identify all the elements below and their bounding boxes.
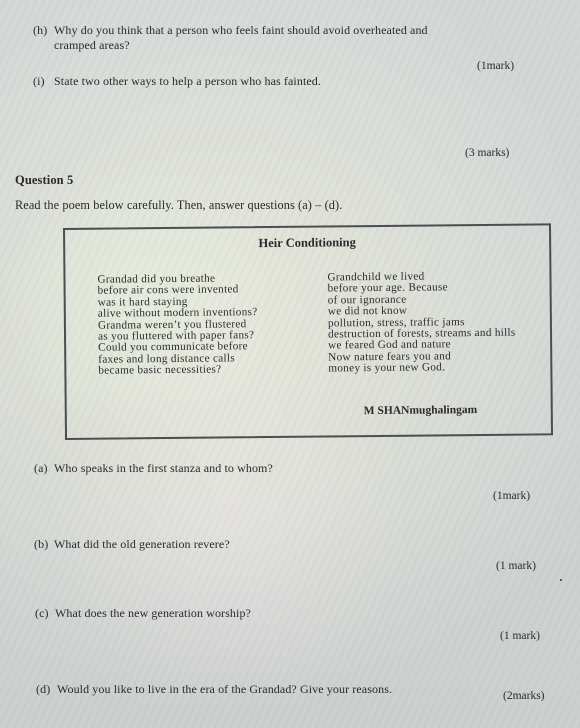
- poem-line: became basic necessities?: [98, 364, 258, 377]
- question-i-label: (i): [33, 74, 45, 89]
- question-d-marks: (2marks): [503, 690, 545, 702]
- question-a-label: (a): [34, 461, 48, 476]
- poem-box: Heir Conditioning Grandad did you breath…: [63, 223, 553, 440]
- speck-mark: [560, 579, 562, 581]
- question-d-label: (d): [36, 682, 50, 697]
- poem-line: money is your new God.: [328, 362, 516, 375]
- question-a-marks: (1mark): [493, 490, 530, 502]
- question-c-label: (c): [35, 606, 49, 621]
- question-5-instruction: Read the poem below carefully. Then, ans…: [15, 198, 342, 213]
- question-d-text: Would you like to live in the era of the…: [57, 682, 392, 697]
- question-i-text: State two other ways to help a person wh…: [54, 74, 321, 89]
- question-h-label: (h): [33, 23, 47, 38]
- question-h-marks: (1mark): [477, 60, 514, 72]
- question-c-marks: (1 mark): [500, 630, 540, 642]
- question-c-text: What does the new generation worship?: [55, 606, 251, 621]
- question-b-label: (b): [34, 537, 48, 552]
- question-b-marks: (1 mark): [496, 560, 536, 572]
- poem-stanza-2: Grandchild we lived before your age. Bec…: [327, 271, 516, 375]
- poem-stanza-1: Grandad did you breathe before air cons …: [97, 273, 258, 377]
- question-5-heading: Question 5: [15, 173, 73, 188]
- question-h-text-line1: Why do you think that a person who feels…: [54, 23, 428, 38]
- poem-title: Heir Conditioning: [65, 233, 549, 253]
- poem-author: M SHANmughalingam: [364, 404, 478, 417]
- question-i-marks: (3 marks): [465, 147, 509, 159]
- question-a-text: Who speaks in the first stanza and to wh…: [54, 461, 273, 476]
- question-h-text-line2: cramped areas?: [54, 38, 130, 53]
- question-b-text: What did the old generation revere?: [54, 537, 230, 552]
